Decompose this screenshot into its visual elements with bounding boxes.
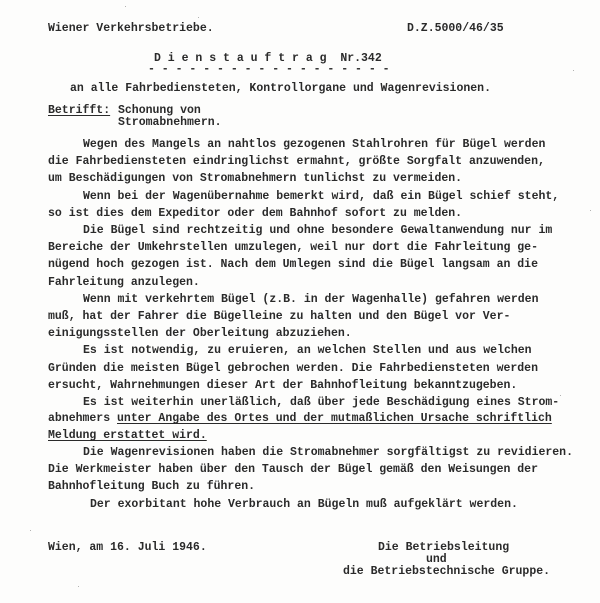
body-line: die Fahrbediensteten eindringlichst erma…	[48, 155, 545, 169]
body-line: Gründen die meisten Bügel gebrochen werd…	[48, 362, 538, 376]
body-line: ersucht, Wahrnehmungen dieser Art der Ba…	[48, 379, 517, 393]
body-line: so ist dies dem Expeditor oder dem Bahnh…	[48, 207, 462, 221]
place-date: Wien, am 16. Juli 1946.	[48, 541, 207, 555]
signature-line-3: die Betriebstechnische Gruppe.	[343, 565, 550, 579]
body-line: muß, hat der Fahrer die Bügelleine zu ha…	[48, 310, 510, 324]
underlined-line-1: abnehmers unter Angabe des Ortes und der…	[48, 412, 552, 426]
organization-name: Wiener Verkehrsbetriebe.	[48, 22, 214, 36]
body-line: Die Bügel sind rechtzeitig und ohne beso…	[83, 224, 552, 238]
body-line: Der exorbitant hohe Verbrauch an Bügeln …	[90, 498, 518, 512]
title-dashes: - - - - - - - - - - - - - - - - - -	[148, 63, 390, 77]
underlined-line-2: Meldung erstattet wird.	[48, 429, 207, 443]
body-line: nügend hoch gezogen ist. Nach dem Umlege…	[48, 258, 538, 272]
body-line: Die Werkmeister haben über den Tausch de…	[48, 463, 538, 477]
body-line: Es ist weiterhin unerläßlich, daß über j…	[83, 396, 559, 410]
body-line: einigungsstellen der Oberleitung abzuzie…	[48, 327, 352, 341]
body-line: Wenn bei der Wagenübernahme bemerkt wird…	[83, 190, 559, 204]
body-line: um Beschädigungen von Stromabnehmern tun…	[48, 172, 462, 186]
body-line: Wegen des Mangels an nahtlos gezogenen S…	[83, 138, 545, 152]
underlined-text-1: unter Angabe des Ortes und der mutmaßlic…	[117, 412, 552, 425]
addressee-line: an alle Fahrbediensteten, Kontrollorgane…	[70, 82, 491, 96]
reference-number: D.Z.5000/46/35	[407, 22, 504, 36]
underlined-prefix: abnehmers	[48, 412, 117, 425]
subject-label: Betrifft:	[48, 104, 110, 118]
body-line: Bahnhofleitung Buch zu führen.	[48, 480, 255, 494]
body-line: Bereiche der Umkehrstellen umzulegen, we…	[48, 241, 538, 255]
body-line: Wenn mit verkehrtem Bügel (z.B. in der W…	[83, 293, 538, 307]
body-line: Fahrleitung anzulegen.	[48, 276, 200, 290]
body-line: Die Wagenrevisionen haben die Stromabneh…	[83, 446, 573, 460]
body-line: Es ist notwendig, zu eruieren, an welche…	[83, 344, 532, 358]
subject-line-2: Stromabnehmern.	[118, 116, 222, 130]
document-page: Wiener Verkehrsbetriebe. D.Z.5000/46/35 …	[0, 0, 600, 603]
